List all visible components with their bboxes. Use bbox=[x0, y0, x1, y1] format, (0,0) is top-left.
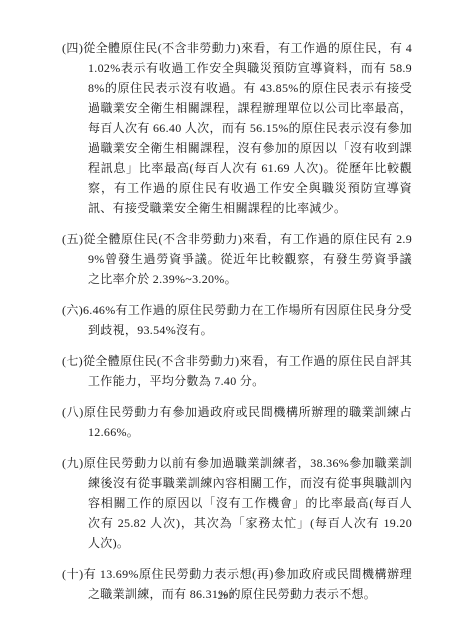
item-label: (九) bbox=[62, 456, 83, 470]
item-text: 原住民勞動力有參加過政府或民間機構所辦理的職業訓練占 12.66%。 bbox=[84, 405, 412, 439]
item-label: (八) bbox=[62, 405, 84, 419]
item-label: (五) bbox=[62, 232, 83, 246]
document-paragraph: (五)從全體原住民(不含非勞動力)來看，有工作過的原住民有 2.99%曾發生過勞… bbox=[62, 229, 412, 289]
item-label: (十) bbox=[62, 567, 83, 581]
item-text: 從全體原住民(不含非勞動力)來看，有工作過的原住民有 2.99%曾發生過勞資爭議… bbox=[83, 232, 412, 286]
document-body: (四)從全體原住民(不含非勞動力)來看，有工作過的原住民，有 41.02%表示有… bbox=[62, 38, 412, 615]
item-label: (七) bbox=[62, 354, 83, 368]
item-label: (六) bbox=[62, 303, 83, 317]
document-paragraph: (七)從全體原住民(不含非勞動力)來看，有工作過的原住民自評其工作能力，平均分數… bbox=[62, 351, 412, 391]
document-paragraph: (六)6.46%有工作過的原住民勞動力在工作場所有因原住民身分受到歧視，93.5… bbox=[62, 300, 412, 340]
page-number: 297 bbox=[0, 591, 452, 602]
document-paragraph: (九)原住民勞動力以前有參加過職業訓練者，38.36%參加職業訓練後沒有從事職業… bbox=[62, 453, 412, 553]
document-paragraph: (八)原住民勞動力有參加過政府或民間機構所辦理的職業訓練占 12.66%。 bbox=[62, 402, 412, 442]
document-page: (四)從全體原住民(不含非勞動力)來看，有工作過的原住民，有 41.02%表示有… bbox=[0, 0, 452, 640]
document-paragraph: (四)從全體原住民(不含非勞動力)來看，有工作過的原住民，有 41.02%表示有… bbox=[62, 38, 412, 218]
item-label: (四) bbox=[62, 41, 83, 55]
item-text: 從全體原住民(不含非勞動力)來看，有工作過的原住民自評其工作能力，平均分數為 7… bbox=[83, 354, 412, 388]
item-text: 6.46%有工作過的原住民勞動力在工作場所有因原住民身分受到歧視，93.54%沒… bbox=[83, 303, 412, 337]
item-text: 從全體原住民(不含非勞動力)來看，有工作過的原住民，有 41.02%表示有收過工… bbox=[83, 41, 412, 215]
item-text: 原住民勞動力以前有參加過職業訓練者，38.36%參加職業訓練後沒有從事職業訓練內… bbox=[83, 456, 412, 550]
